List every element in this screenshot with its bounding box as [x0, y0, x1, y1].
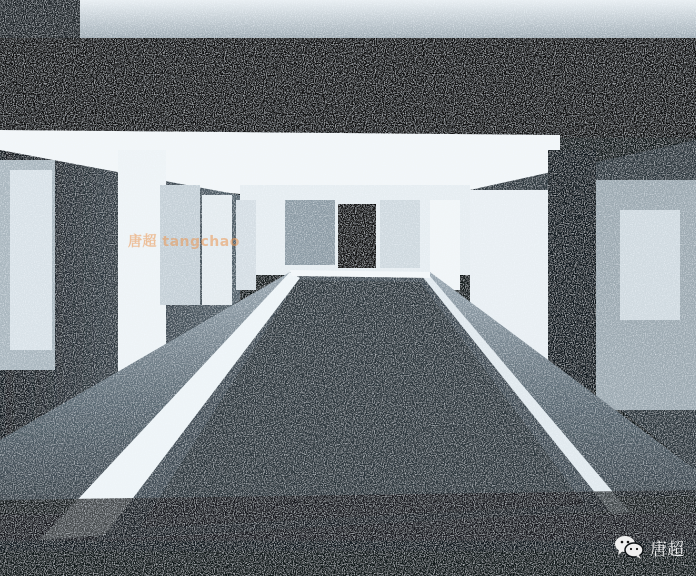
badge-label: 唐超 — [650, 535, 684, 560]
wechat-icon — [614, 534, 644, 560]
wechat-badge: 唐超 — [614, 534, 684, 560]
watermark-text: 唐超 tangchao — [128, 231, 240, 251]
corridor-scene — [0, 0, 696, 576]
photograph: 唐超 tangchao 唐超 — [0, 0, 696, 576]
